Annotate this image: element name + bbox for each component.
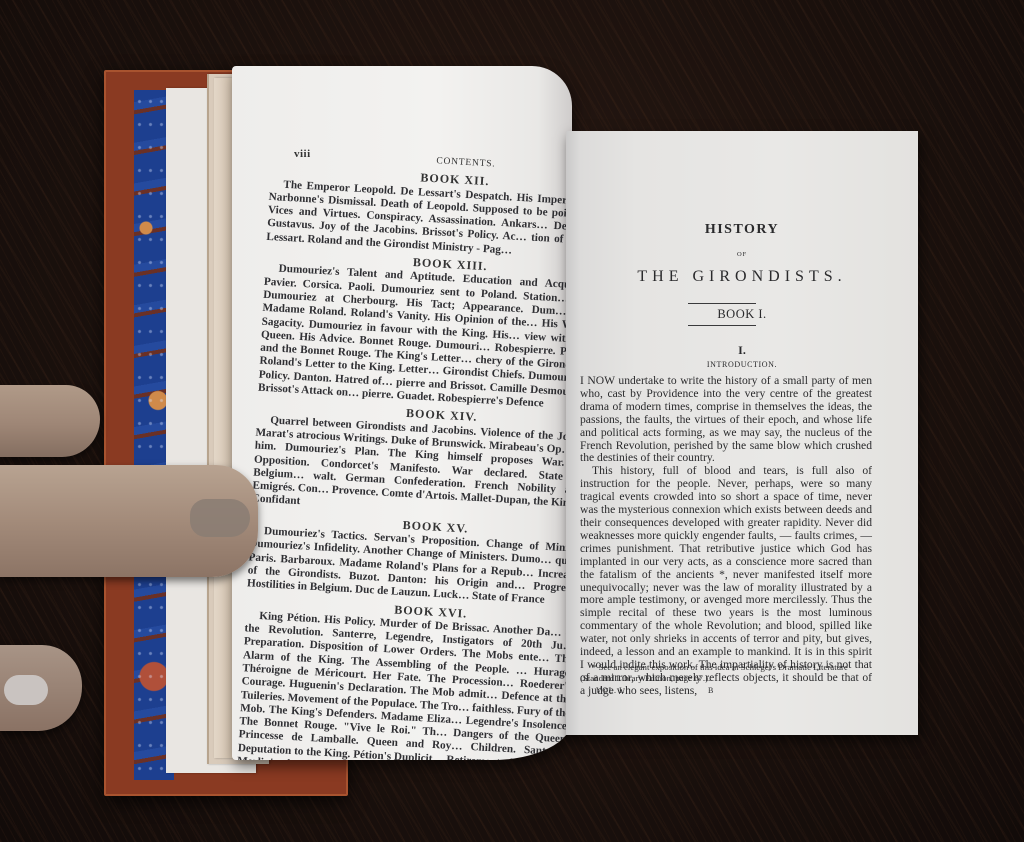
title-page: HISTORY OF THE GIRONDISTS. BOOK I. I. IN…	[566, 131, 918, 735]
hand-finger-lower	[0, 645, 82, 731]
title-history: HISTORY	[566, 222, 918, 238]
signature-mark: B	[708, 686, 713, 695]
title-girondists: THE GIRONDISTS.	[566, 268, 918, 286]
footnote: * See an elegant exposition of this idea…	[580, 662, 870, 683]
hand-thumb	[0, 465, 258, 577]
book-xiv-summary: Quarrel between Girondists and Jacobins.…	[251, 413, 572, 524]
body-text: I NOW undertake to write the history of …	[580, 375, 872, 698]
book-xvi-summary: King Pétion. His Policy. Murder of De Br…	[236, 609, 572, 760]
rule-top	[688, 303, 756, 304]
contents-block: CONTENTS. BOOK XII. The Emperor Leopold.…	[236, 138, 572, 760]
paragraph-1: I NOW undertake to write the history of …	[580, 375, 872, 465]
chapter-number: I.	[566, 343, 918, 358]
photo-scene: viii CONTENTS. BOOK XII. The Emperor Leo…	[0, 0, 1024, 842]
contents-page: viii CONTENTS. BOOK XII. The Emperor Leo…	[232, 66, 572, 760]
title-of: OF	[566, 251, 918, 258]
thumbnail	[190, 499, 250, 537]
book-heading: BOOK I.	[566, 307, 918, 322]
fingernail	[4, 675, 48, 705]
book-xiii-summary: Dumouriez's Talent and Aptitude. Educati…	[258, 262, 572, 413]
chapter-title: INTRODUCTION.	[566, 360, 918, 369]
hand-finger-upper	[0, 385, 100, 457]
rule-bottom	[688, 325, 756, 326]
volume-mark: VOL. I.	[596, 686, 625, 695]
